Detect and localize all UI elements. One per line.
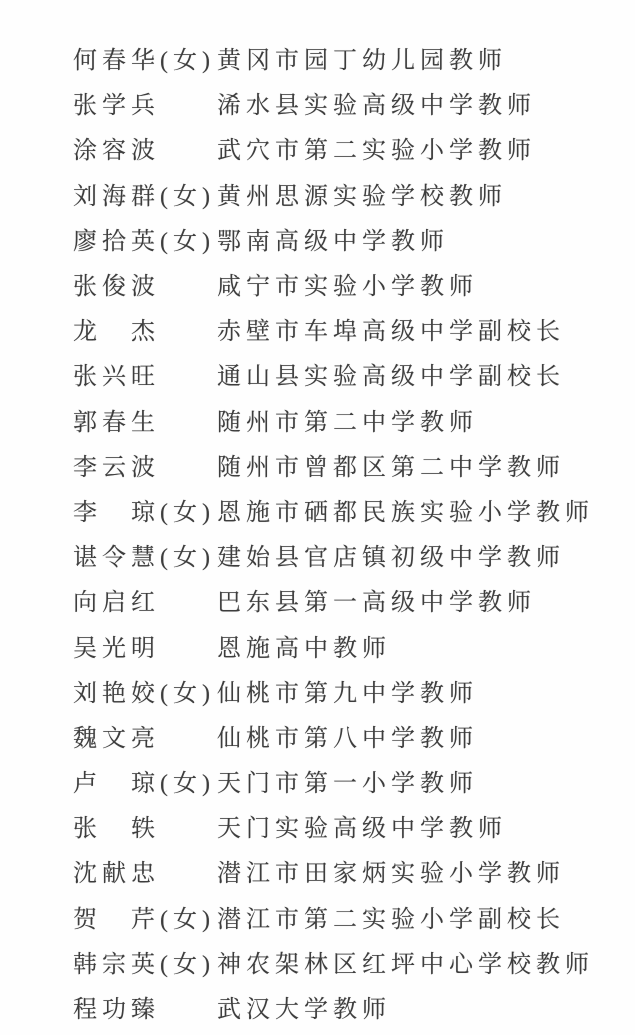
document-page: 何春华(女)黄冈市园丁幼儿园教师张学兵浠水县实验高级中学教师涂容波武穴市第二实验… xyxy=(0,0,635,1035)
list-item: 张学兵浠水县实验高级中学教师 xyxy=(0,80,635,125)
affiliation: 恩施高中教师 xyxy=(217,628,635,663)
affiliation: 巴东县第一高级中学教师 xyxy=(217,582,635,617)
person-name: 张 轶 xyxy=(73,808,217,843)
affiliation: 潜江市第二实验小学副校长 xyxy=(217,899,635,934)
affiliation: 仙桃市第九中学教师 xyxy=(217,673,635,708)
affiliation: 黄冈市园丁幼儿园教师 xyxy=(217,40,635,75)
list-item: 龙 杰赤壁市车埠高级中学副校长 xyxy=(0,306,635,351)
person-name: 张学兵 xyxy=(73,85,217,120)
affiliation: 天门实验高级中学教师 xyxy=(217,808,635,843)
list-item: 何春华(女)黄冈市园丁幼儿园教师 xyxy=(0,35,635,80)
list-item: 向启红巴东县第一高级中学教师 xyxy=(0,577,635,622)
list-item: 涂容波武穴市第二实验小学教师 xyxy=(0,125,635,170)
affiliation: 赤壁市车埠高级中学副校长 xyxy=(217,311,635,346)
list-item: 谌令慧(女)建始县官店镇初级中学教师 xyxy=(0,532,635,577)
affiliation: 建始县官店镇初级中学教师 xyxy=(217,537,635,572)
list-item: 李 琼(女)恩施市硒都民族实验小学教师 xyxy=(0,487,635,532)
person-name: 郭春生 xyxy=(73,402,217,437)
person-name: 李 琼(女) xyxy=(73,492,217,527)
affiliation: 仙桃市第八中学教师 xyxy=(217,718,635,753)
affiliation: 随州市曾都区第二中学教师 xyxy=(217,447,635,482)
person-name: 谌令慧(女) xyxy=(73,537,217,572)
list-item: 郭春生随州市第二中学教师 xyxy=(0,397,635,442)
person-name: 刘海群(女) xyxy=(73,176,217,211)
affiliation: 浠水县实验高级中学教师 xyxy=(217,85,635,120)
person-name: 程功臻 xyxy=(73,989,217,1024)
person-name: 贺 芹(女) xyxy=(73,899,217,934)
affiliation: 咸宁市实验小学教师 xyxy=(217,266,635,301)
affiliation: 潜江市田家炳实验小学教师 xyxy=(217,853,635,888)
person-name: 张俊波 xyxy=(73,266,217,301)
name-roster-list: 何春华(女)黄冈市园丁幼儿园教师张学兵浠水县实验高级中学教师涂容波武穴市第二实验… xyxy=(0,35,635,1029)
list-item: 廖拾英(女)鄂南高级中学教师 xyxy=(0,216,635,261)
affiliation: 武汉大学教师 xyxy=(217,989,635,1024)
person-name: 李云波 xyxy=(73,447,217,482)
list-item: 贺 芹(女)潜江市第二实验小学副校长 xyxy=(0,894,635,939)
list-item: 张 轶天门实验高级中学教师 xyxy=(0,803,635,848)
person-name: 卢 琼(女) xyxy=(73,763,217,798)
list-item: 沈献忠潜江市田家炳实验小学教师 xyxy=(0,848,635,893)
person-name: 沈献忠 xyxy=(73,853,217,888)
list-item: 程功臻武汉大学教师 xyxy=(0,984,635,1029)
list-item: 张兴旺通山县实验高级中学副校长 xyxy=(0,351,635,396)
person-name: 韩宗英(女) xyxy=(73,944,217,979)
person-name: 廖拾英(女) xyxy=(73,221,217,256)
list-item: 吴光明恩施高中教师 xyxy=(0,622,635,667)
affiliation: 通山县实验高级中学副校长 xyxy=(217,356,635,391)
person-name: 张兴旺 xyxy=(73,356,217,391)
list-item: 张俊波咸宁市实验小学教师 xyxy=(0,261,635,306)
affiliation: 武穴市第二实验小学教师 xyxy=(217,130,635,165)
person-name: 龙 杰 xyxy=(73,311,217,346)
person-name: 吴光明 xyxy=(73,628,217,663)
person-name: 向启红 xyxy=(73,582,217,617)
list-item: 李云波随州市曾都区第二中学教师 xyxy=(0,442,635,487)
list-item: 韩宗英(女)神农架林区红坪中心学校教师 xyxy=(0,939,635,984)
affiliation: 天门市第一小学教师 xyxy=(217,763,635,798)
list-item: 卢 琼(女)天门市第一小学教师 xyxy=(0,758,635,803)
person-name: 魏文亮 xyxy=(73,718,217,753)
affiliation: 神农架林区红坪中心学校教师 xyxy=(217,944,635,979)
person-name: 刘艳姣(女) xyxy=(73,673,217,708)
affiliation: 鄂南高级中学教师 xyxy=(217,221,635,256)
list-item: 刘海群(女)黄州思源实验学校教师 xyxy=(0,171,635,216)
person-name: 涂容波 xyxy=(73,130,217,165)
affiliation: 随州市第二中学教师 xyxy=(217,402,635,437)
affiliation: 黄州思源实验学校教师 xyxy=(217,176,635,211)
person-name: 何春华(女) xyxy=(73,40,217,75)
list-item: 刘艳姣(女)仙桃市第九中学教师 xyxy=(0,668,635,713)
list-item: 魏文亮仙桃市第八中学教师 xyxy=(0,713,635,758)
affiliation: 恩施市硒都民族实验小学教师 xyxy=(217,492,635,527)
